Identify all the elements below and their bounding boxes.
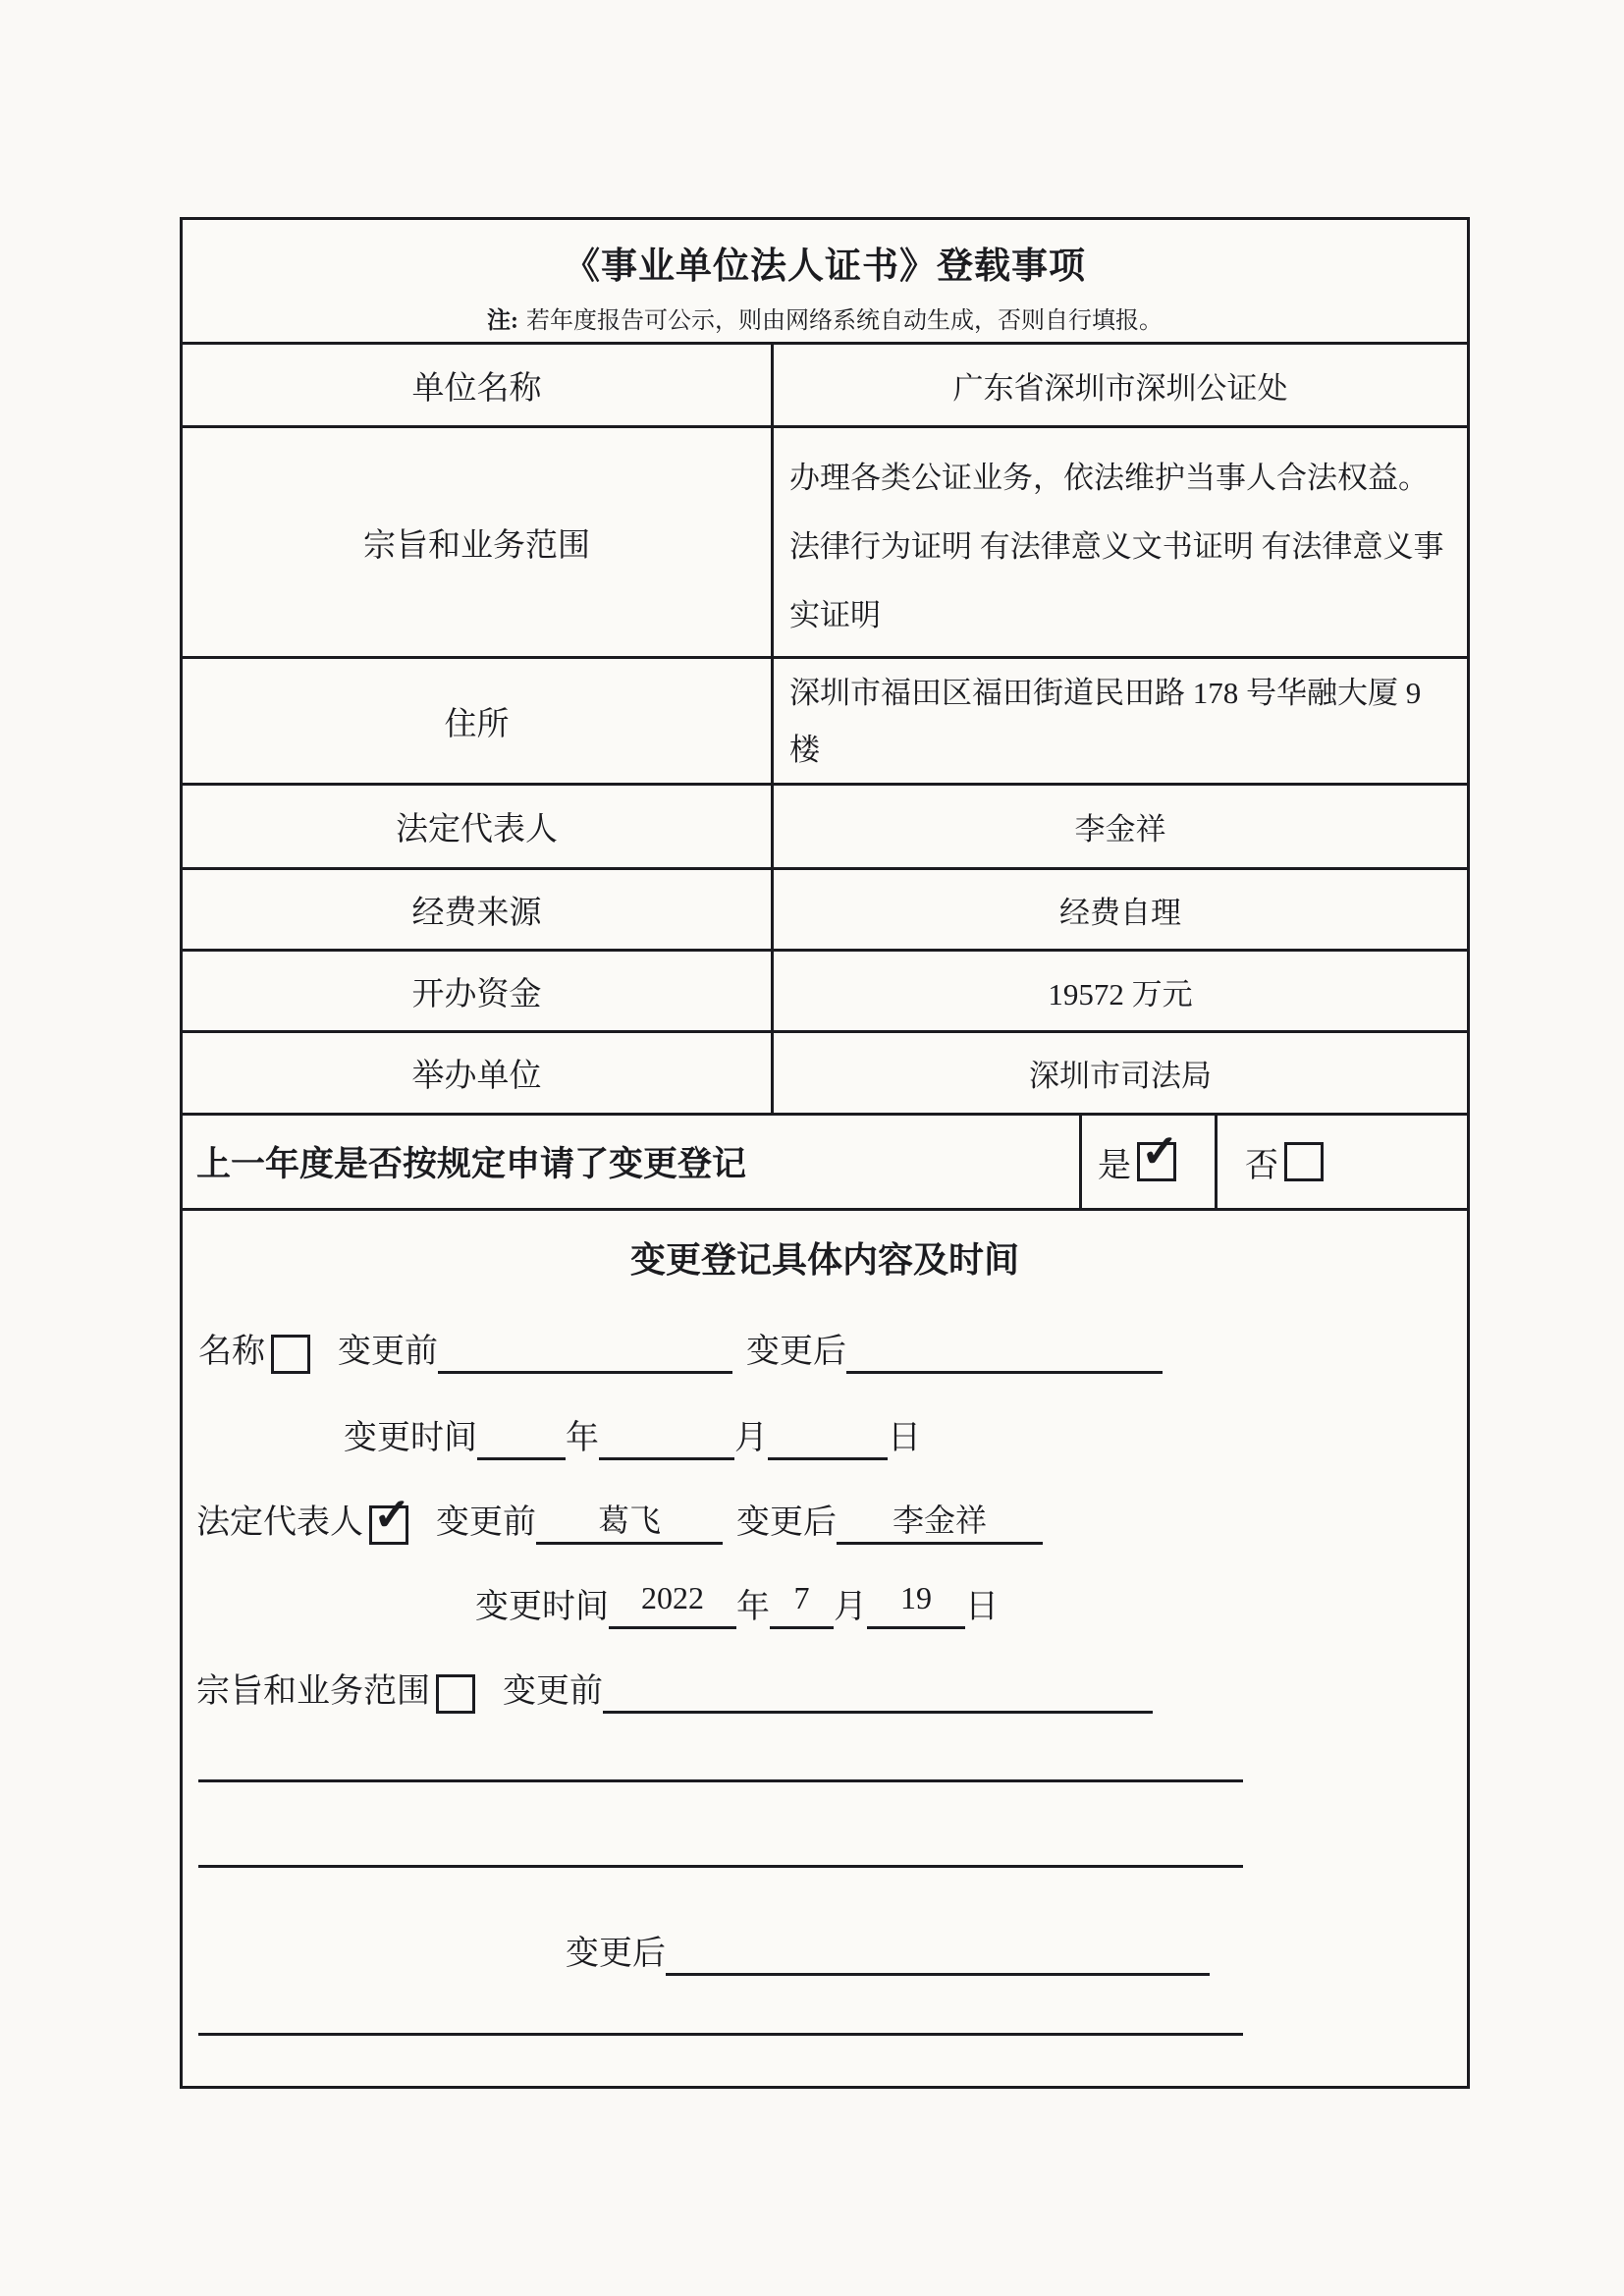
yes-checkbox: ✓ bbox=[1137, 1142, 1176, 1181]
change-question-label: 上一年度是否按规定申请了变更登记 bbox=[183, 1116, 1079, 1208]
legal-rep-change-line: 法定代表人✓ 变更前葛飞 变更后李金祥 bbox=[196, 1492, 1043, 1545]
scope-after-field bbox=[666, 1927, 1210, 1976]
legal-rep-change-month-field: 7 bbox=[770, 1580, 834, 1629]
name-after-field bbox=[846, 1325, 1163, 1374]
name-checkbox bbox=[271, 1335, 310, 1374]
legal-rep-change-label: 法定代表人 bbox=[196, 1495, 363, 1545]
row-organizer: 举办单位 深圳市司法局 bbox=[183, 1030, 1467, 1113]
name-change-day-field bbox=[768, 1411, 888, 1460]
legal-rep-change-day-field: 19 bbox=[867, 1580, 965, 1629]
name-change-line: 名称 变更前 变更后 bbox=[198, 1321, 1163, 1374]
legal-rep-time-label: 变更时间 bbox=[475, 1579, 609, 1629]
row-initial-capital: 开办资金 19572 万元 bbox=[183, 949, 1467, 1030]
row-legal-representative: 法定代表人 李金祥 bbox=[183, 783, 1467, 867]
address-value: 深圳市福田区福田街道民田路 178 号华融大厦 9 楼 bbox=[774, 659, 1467, 783]
unit-name-label: 单位名称 bbox=[183, 345, 774, 425]
address-label: 住所 bbox=[183, 659, 774, 783]
legal-rep-change-time-line: 变更时间2022 年7 月19 日 bbox=[475, 1576, 999, 1629]
month-label: 月 bbox=[734, 1410, 768, 1460]
name-change-month-field bbox=[599, 1411, 734, 1460]
scope-before-blank-line bbox=[198, 1815, 1243, 1868]
document-note: 注:若年度报告可公示，则由网络系统自动生成，否则自行填报。 bbox=[183, 293, 1467, 335]
title-row: 《事业单位法人证书》登载事项 注:若年度报告可公示，则由网络系统自动生成，否则自… bbox=[183, 220, 1467, 342]
registration-form-table: 《事业单位法人证书》登载事项 注:若年度报告可公示，则由网络系统自动生成，否则自… bbox=[180, 217, 1470, 2089]
scope-change-label: 宗旨和业务范围 bbox=[196, 1664, 430, 1714]
name-label: 名称 bbox=[198, 1324, 265, 1374]
row-address: 住所 深圳市福田区福田街道民田路 178 号华融大厦 9 楼 bbox=[183, 656, 1467, 783]
legal-rep-after-field: 李金祥 bbox=[837, 1496, 1043, 1545]
scope-after-label: 变更后 bbox=[566, 1926, 666, 1976]
funding-source-value: 经费自理 bbox=[774, 870, 1467, 949]
legal-rep-change-year-field: 2022 bbox=[609, 1580, 736, 1629]
no-checkbox bbox=[1284, 1142, 1324, 1181]
month-label: 月 bbox=[834, 1579, 867, 1629]
scope-after-blank-line bbox=[198, 1983, 1243, 2036]
year-label: 年 bbox=[736, 1579, 770, 1629]
row-unit-name: 单位名称 广东省深圳市深圳公证处 bbox=[183, 342, 1467, 425]
day-label: 日 bbox=[888, 1410, 921, 1460]
yes-checkmark-icon: ✓ bbox=[1141, 1129, 1179, 1175]
legal-rep-before-field: 葛飞 bbox=[536, 1496, 723, 1545]
initial-capital-value: 19572 万元 bbox=[774, 952, 1467, 1030]
legal-rep-checkmark-icon: ✓ bbox=[373, 1493, 411, 1538]
legal-representative-value: 李金祥 bbox=[774, 786, 1467, 867]
legal-rep-checkbox: ✓ bbox=[369, 1505, 408, 1545]
yes-label: 是 bbox=[1098, 1138, 1131, 1186]
legal-representative-label: 法定代表人 bbox=[183, 786, 774, 867]
blank-line bbox=[198, 1819, 1243, 1868]
change-registration-section: 变更登记具体内容及时间 名称 变更前 变更后 变更时间 年 月 日 法定代表人✓… bbox=[183, 1208, 1467, 2086]
change-question-yes-cell: 是 ✓ bbox=[1079, 1116, 1215, 1208]
name-change-time-line: 变更时间 年 月 日 bbox=[344, 1407, 921, 1460]
blank-line bbox=[198, 1987, 1243, 2036]
organizer-label: 举办单位 bbox=[183, 1033, 774, 1113]
scope-change-line: 宗旨和业务范围 变更前 bbox=[196, 1661, 1153, 1714]
change-section-header: 变更登记具体内容及时间 bbox=[183, 1232, 1467, 1283]
scope-before-label: 变更前 bbox=[503, 1664, 603, 1714]
unit-name-value: 广东省深圳市深圳公证处 bbox=[774, 345, 1467, 425]
name-before-field bbox=[438, 1325, 732, 1374]
scope-before-blank-line bbox=[198, 1729, 1243, 1782]
purpose-scope-value: 办理各类公证业务，依法维护当事人合法权益。法律行为证明 有法律意义文书证明 有法… bbox=[774, 428, 1467, 656]
legal-rep-after-label: 变更后 bbox=[736, 1495, 837, 1545]
day-label: 日 bbox=[965, 1579, 999, 1629]
scope-before-field bbox=[603, 1665, 1153, 1714]
change-question-no-cell: 否 bbox=[1215, 1116, 1467, 1208]
purpose-scope-label: 宗旨和业务范围 bbox=[183, 428, 774, 656]
row-change-question: 上一年度是否按规定申请了变更登记 是 ✓ 否 bbox=[183, 1113, 1467, 1208]
name-time-label: 变更时间 bbox=[344, 1410, 477, 1460]
organizer-value: 深圳市司法局 bbox=[774, 1033, 1467, 1113]
legal-rep-before-label: 变更前 bbox=[436, 1495, 536, 1545]
no-label: 否 bbox=[1245, 1138, 1278, 1186]
name-after-label: 变更后 bbox=[746, 1324, 846, 1374]
funding-source-label: 经费来源 bbox=[183, 870, 774, 949]
scope-checkbox bbox=[436, 1674, 475, 1714]
row-purpose-scope: 宗旨和业务范围 办理各类公证业务，依法维护当事人合法权益。法律行为证明 有法律意… bbox=[183, 425, 1467, 656]
name-change-year-field bbox=[477, 1411, 566, 1460]
document-title: 《事业单位法人证书》登载事项 bbox=[183, 220, 1467, 293]
initial-capital-label: 开办资金 bbox=[183, 952, 774, 1030]
name-before-label: 变更前 bbox=[338, 1324, 438, 1374]
row-funding-source: 经费来源 经费自理 bbox=[183, 867, 1467, 949]
scanned-document-page: 《事业单位法人证书》登载事项 注:若年度报告可公示，则由网络系统自动生成，否则自… bbox=[0, 0, 1624, 2296]
note-label: 注: bbox=[487, 308, 518, 334]
scope-after-line: 变更后 bbox=[566, 1923, 1210, 1976]
note-text: 若年度报告可公示，则由网络系统自动生成，否则自行填报。 bbox=[526, 308, 1163, 334]
blank-line bbox=[198, 1733, 1243, 1782]
year-label: 年 bbox=[566, 1410, 599, 1460]
